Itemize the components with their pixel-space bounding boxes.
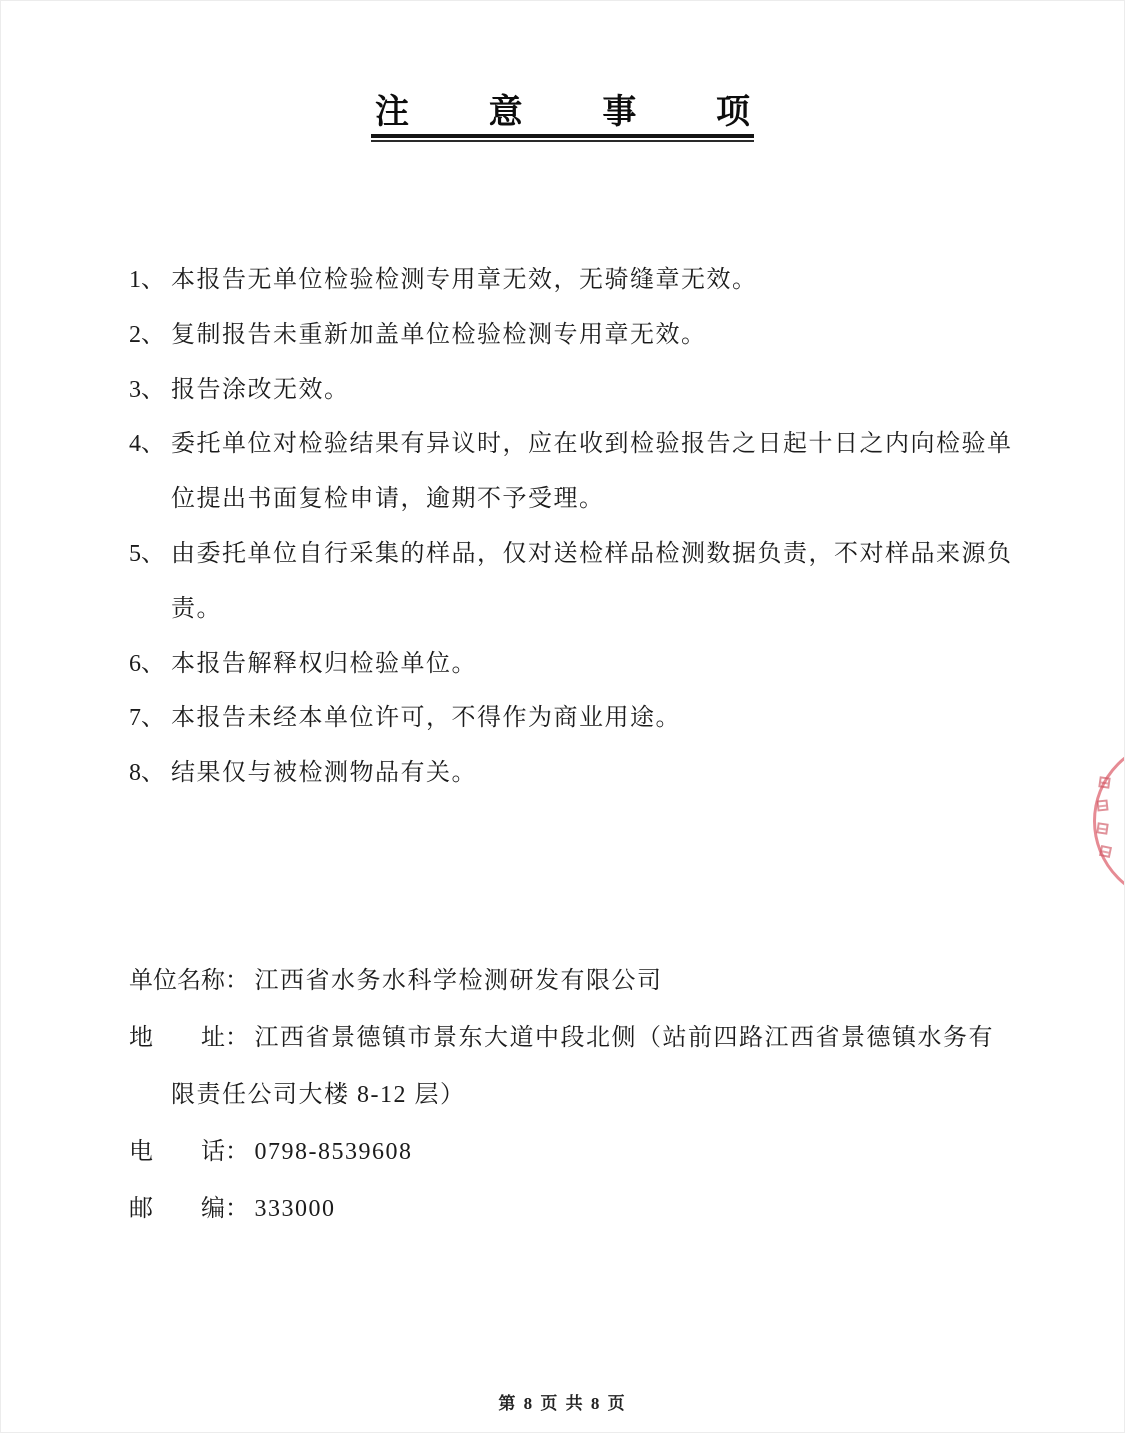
contact-label: 电话: [129, 1124, 225, 1181]
contact-label: 邮编: [129, 1181, 225, 1238]
title-char: 事: [602, 95, 636, 129]
page-title-block: 注 意 事 项: [371, 95, 754, 142]
note-number: 4、: [129, 417, 171, 472]
contact-value: 江西省水务水科学检测研发有限公司: [255, 968, 663, 994]
note-text: 由委托单位自行采集的样品，仅对送检样品检测数据负责，不对样品来源负: [171, 541, 1013, 567]
red-seal-glyph-mark: [1098, 776, 1110, 788]
red-seal-partial: [1093, 739, 1125, 903]
note-number: 3、: [129, 363, 171, 418]
title-char: 注: [375, 95, 409, 129]
contact-value: 江西省景德镇市景东大道中段北侧（站前四路江西省景德镇水务有: [255, 1025, 995, 1051]
contact-phone: 电话：0798-8539608: [129, 1124, 1064, 1181]
contact-address: 地址：江西省景德镇市景东大道中段北侧（站前四路江西省景德镇水务有: [129, 1010, 1064, 1067]
contact-block: 单位名称：江西省水务水科学检测研发有限公司 地址：江西省景德镇市景东大道中段北侧…: [129, 953, 1064, 1238]
contact-address-continued: 限责任公司大楼 8-12 层）: [129, 1067, 1064, 1124]
red-seal-glyph-mark: [1096, 799, 1108, 811]
page-title: 注 意 事 项: [1, 95, 1124, 142]
notes-list: 1、本报告无单位检验检测专用章无效，无骑缝章无效。 2、复制报告未重新加盖单位检…: [129, 253, 1064, 801]
contact-label: 单位名称: [129, 953, 225, 1010]
contact-colon: ：: [225, 1181, 255, 1238]
title-char: 项: [716, 95, 750, 129]
note-text: 结果仅与被检测物品有关。: [171, 760, 477, 786]
contact-postcode: 邮编：333000: [129, 1181, 1064, 1238]
report-notice-page: { "title": { "chars": ["注", "意", "事", "项…: [0, 0, 1125, 1433]
contact-label: 地址: [129, 1010, 225, 1067]
note-item-2: 2、复制报告未重新加盖单位检验检测专用章无效。: [129, 308, 1064, 363]
note-item-6: 6、本报告解释权归检验单位。: [129, 637, 1064, 692]
note-item-5: 5、由委托单位自行采集的样品，仅对送检样品检测数据负责，不对样品来源负: [129, 527, 1064, 582]
red-seal-glyph-mark: [1096, 822, 1108, 834]
contact-company-name: 单位名称：江西省水务水科学检测研发有限公司: [129, 953, 1064, 1010]
note-item-5-continued: 责。: [129, 582, 1064, 637]
note-item-4-continued: 位提出书面复检申请，逾期不予受理。: [129, 472, 1064, 527]
contact-value: 0798-8539608: [255, 1139, 413, 1165]
contact-value: 333000: [255, 1196, 336, 1222]
contact-colon: ：: [225, 1010, 255, 1067]
note-number: 1、: [129, 253, 171, 308]
note-item-1: 1、本报告无单位检验检测专用章无效，无骑缝章无效。: [129, 253, 1064, 308]
page-number-footer: 第 8 页 共 8 页: [1, 1389, 1124, 1414]
red-seal-glyph-mark: [1099, 845, 1112, 858]
note-text: 本报告无单位检验检测专用章无效，无骑缝章无效。: [171, 267, 758, 293]
title-underline: [371, 140, 754, 142]
page-title-text: 注 意 事 项: [371, 95, 754, 138]
note-item-4: 4、委托单位对检验结果有异议时，应在收到检验报告之日起十日之内向检验单: [129, 417, 1064, 472]
note-text: 委托单位对检验结果有异议时，应在收到检验报告之日起十日之内向检验单: [171, 431, 1013, 457]
note-text: 本报告解释权归检验单位。: [171, 651, 477, 677]
note-number: 5、: [129, 527, 171, 582]
note-number: 7、: [129, 691, 171, 746]
note-number: 8、: [129, 746, 171, 801]
note-text: 报告涂改无效。: [171, 377, 350, 403]
note-number: 2、: [129, 308, 171, 363]
note-text: 复制报告未重新加盖单位检验检测专用章无效。: [171, 322, 707, 348]
title-char: 意: [489, 95, 523, 129]
note-item-8: 8、结果仅与被检测物品有关。: [129, 746, 1064, 801]
contact-colon: ：: [225, 953, 255, 1010]
contact-colon: ：: [225, 1124, 255, 1181]
note-text: 本报告未经本单位许可，不得作为商业用途。: [171, 705, 681, 731]
note-number: 6、: [129, 637, 171, 692]
note-item-7: 7、本报告未经本单位许可，不得作为商业用途。: [129, 691, 1064, 746]
note-item-3: 3、报告涂改无效。: [129, 363, 1064, 418]
